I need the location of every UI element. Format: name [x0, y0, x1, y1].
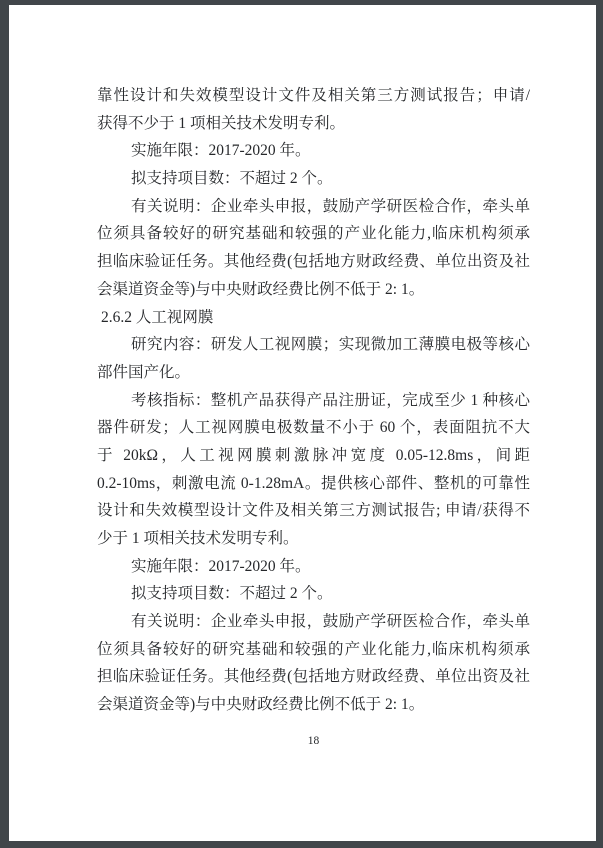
text-line: 0.2-10ms，刺激电流 0-1.28mA。提供核心部件、整机的可靠性 — [97, 470, 530, 498]
text-line: 于 20kΩ，人工视网膜刺激脉冲宽度 0.05-12.8ms，间距 — [97, 442, 530, 470]
text-line: 获得不少于 1 项相关技术发明专利。 — [97, 110, 530, 138]
document-page: 靠性设计和失效模型设计文件及相关第三方测试报告；申请/ 获得不少于 1 项相关技… — [9, 5, 596, 841]
text-line: 实施年限：2017-2020 年。 — [97, 137, 530, 165]
page-number: 18 — [97, 734, 530, 748]
text-line: 部件国产化。 — [97, 359, 530, 387]
text-line: 器件研发；人工视网膜电极数量不小于 60 个，表面阻抗不大 — [97, 414, 530, 442]
text-line: 研究内容：研发人工视网膜；实现微加工薄膜电极等核心 — [97, 331, 530, 359]
text-line: 有关说明：企业牵头申报，鼓励产学研医检合作，牵头单 — [97, 608, 530, 636]
text-line: 位须具备较好的研究基础和较强的产业化能力,临床机构须承 — [97, 220, 530, 248]
page-text-block: 靠性设计和失效模型设计文件及相关第三方测试报告；申请/ 获得不少于 1 项相关技… — [97, 82, 530, 719]
viewer-background: 靠性设计和失效模型设计文件及相关第三方测试报告；申请/ 获得不少于 1 项相关技… — [0, 0, 603, 848]
text-line: 拟支持项目数：不超过 2 个。 — [97, 165, 530, 193]
text-line: 位须具备较好的研究基础和较强的产业化能力,临床机构须承 — [97, 636, 530, 664]
text-line: 实施年限：2017-2020 年。 — [97, 553, 530, 581]
text-line: 考核指标：整机产品获得产品注册证，完成至少 1 种核心 — [97, 387, 530, 415]
text-line: 拟支持项目数：不超过 2 个。 — [97, 580, 530, 608]
section-heading-2-6-2: 2.6.2 人工视网膜 — [97, 304, 530, 332]
text-line: 靠性设计和失效模型设计文件及相关第三方测试报告；申请/ — [97, 82, 530, 110]
text-line: 设计和失效模型设计文件及相关第三方测试报告; 申请/获得不 — [97, 497, 530, 525]
text-line: 会渠道资金等)与中央财政经费比例不低于 2: 1。 — [97, 276, 530, 304]
text-line: 担临床验证任务。其他经费(包括地方财政经费、单位出资及社 — [97, 248, 530, 276]
text-line: 担临床验证任务。其他经费(包括地方财政经费、单位出资及社 — [97, 663, 530, 691]
text-line: 少于 1 项相关技术发明专利。 — [97, 525, 530, 553]
text-line: 会渠道资金等)与中央财政经费比例不低于 2: 1。 — [97, 691, 530, 719]
text-line: 有关说明：企业牵头申报，鼓励产学研医检合作，牵头单 — [97, 193, 530, 221]
